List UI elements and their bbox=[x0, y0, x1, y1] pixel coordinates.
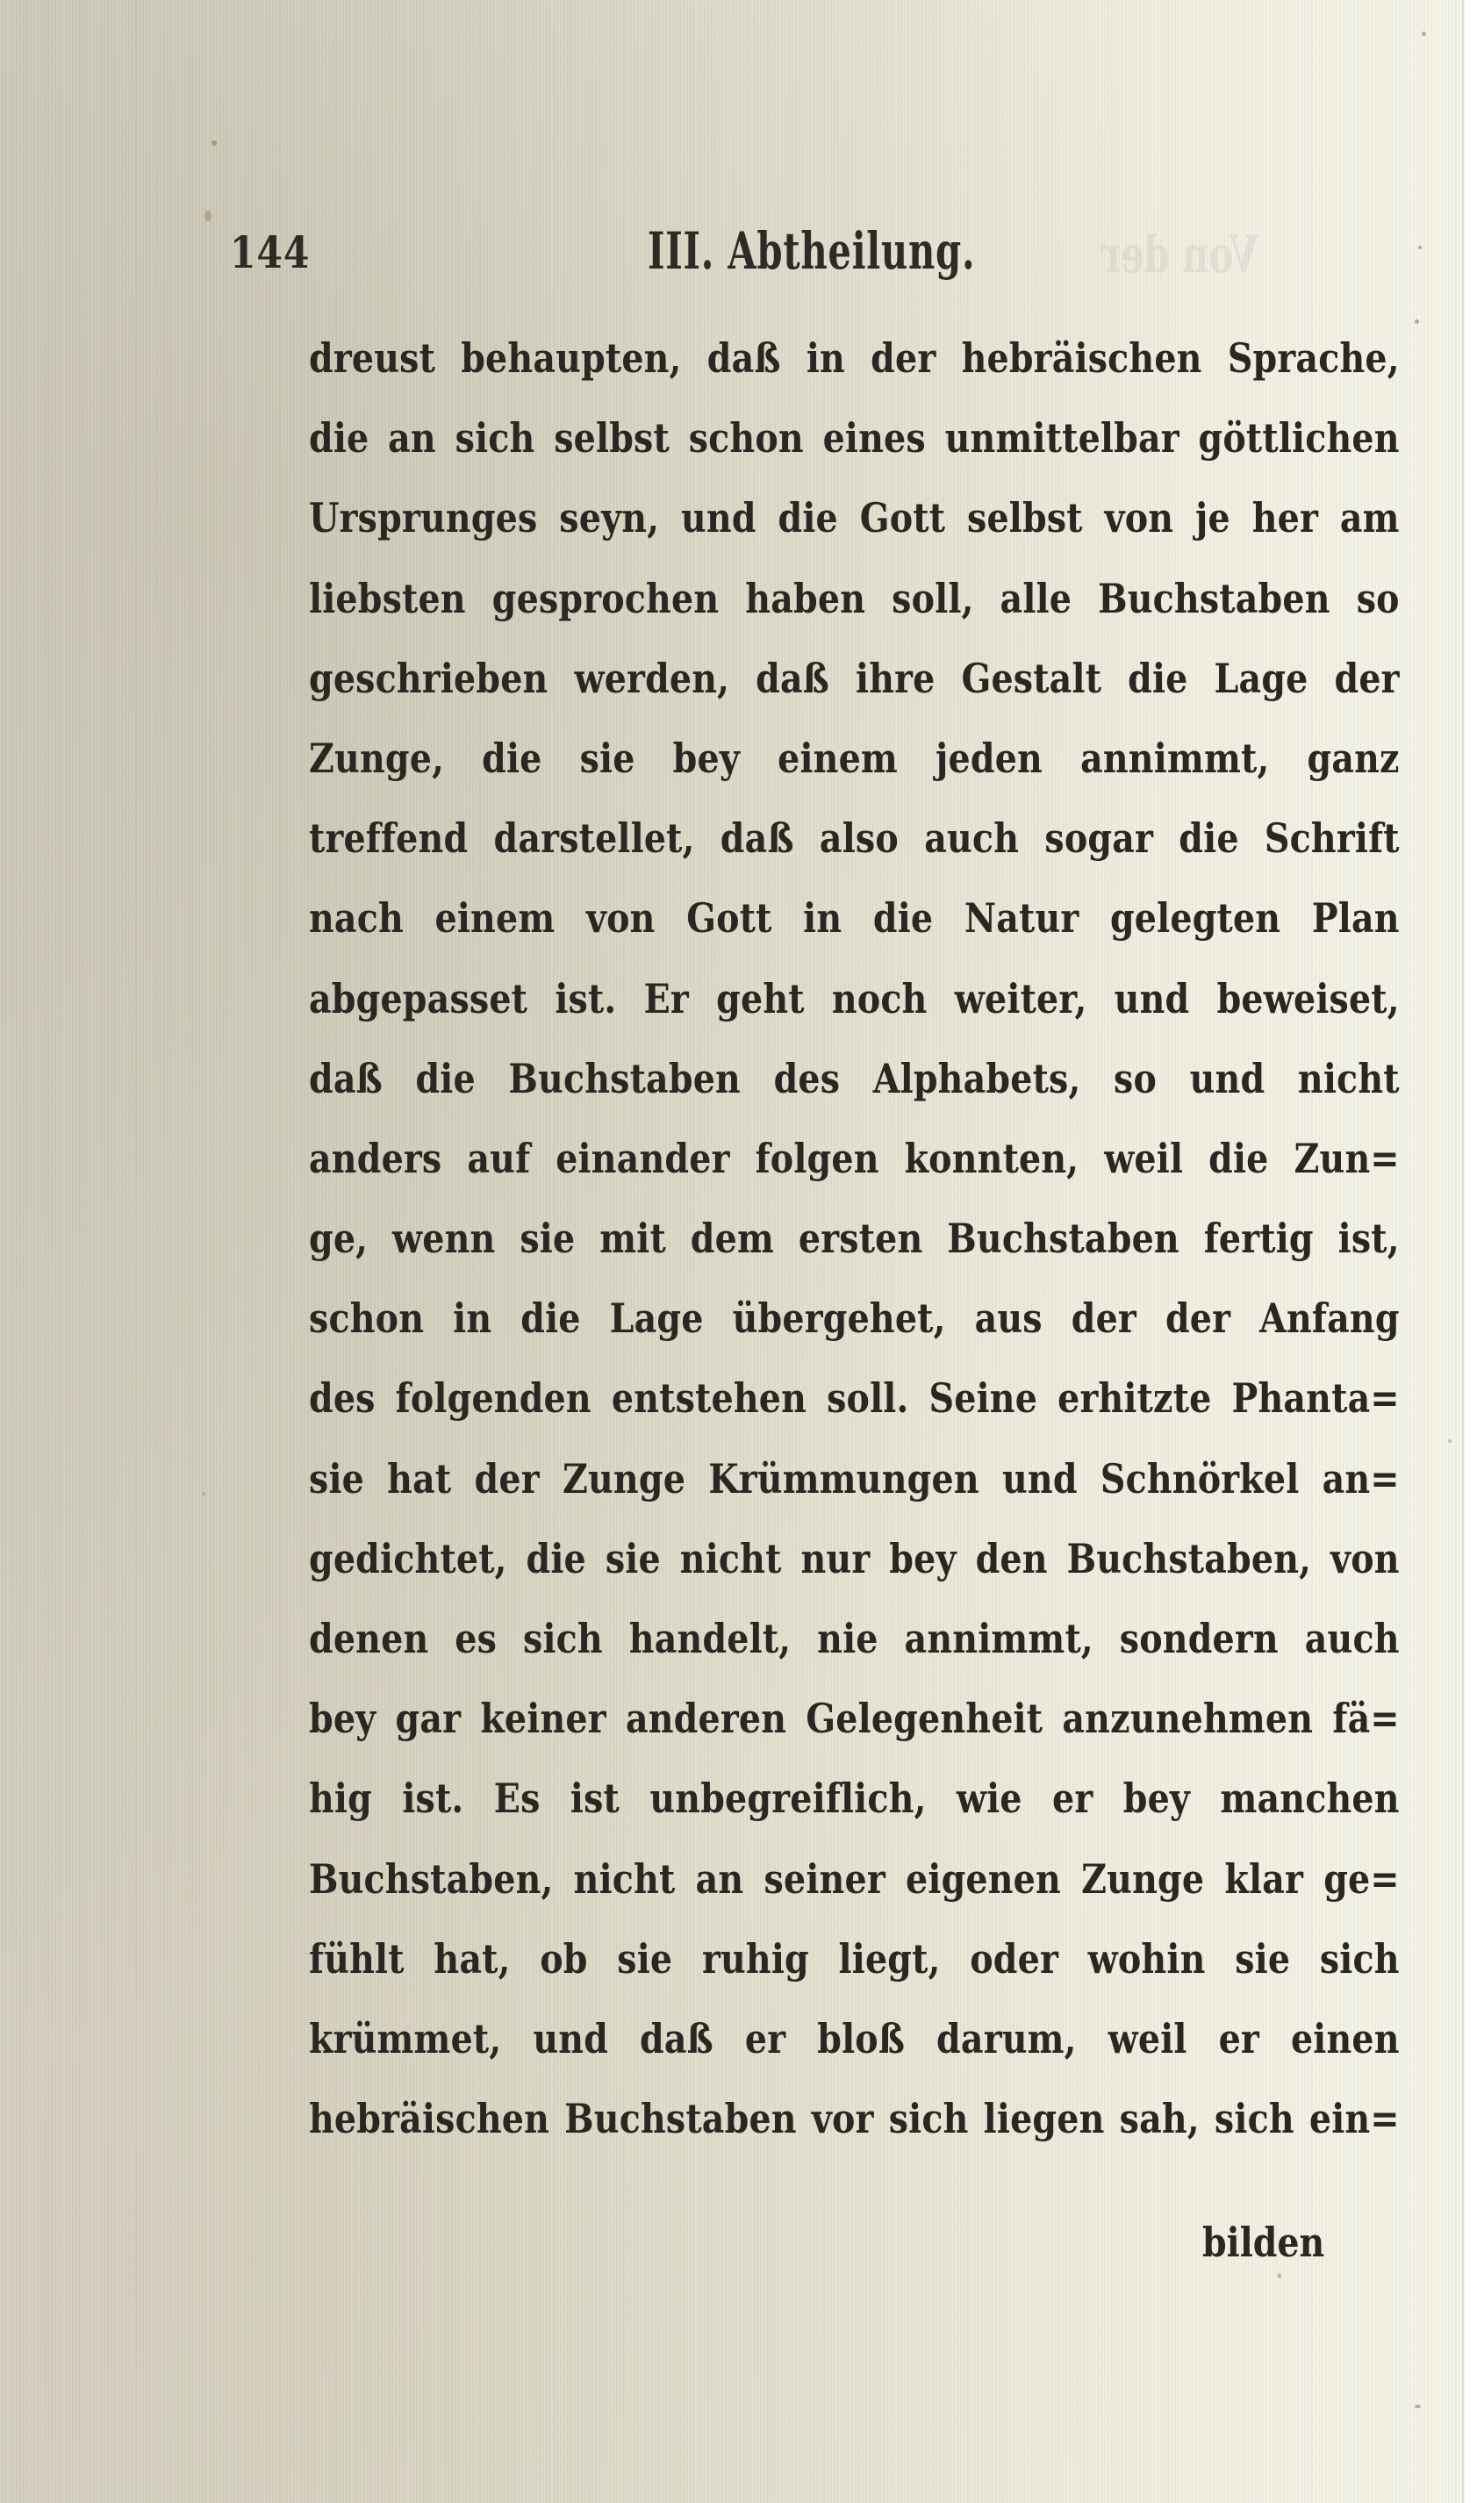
text-line: gedichtet, die sie nicht nur bey den Buc… bbox=[309, 1532, 1400, 1612]
text-line: Zunge, die sie bey einem jeden annimmt, … bbox=[309, 732, 1400, 812]
paper-speck bbox=[1418, 246, 1422, 249]
paper-speck bbox=[1415, 2405, 1421, 2408]
text-line: bey gar keiner anderen Gelegenheit anzun… bbox=[309, 1692, 1400, 1772]
page-edge bbox=[1462, 0, 1466, 2503]
paper-speck bbox=[1422, 32, 1426, 36]
text-line: geschrieben werden, daß ihre Gestalt die… bbox=[309, 652, 1400, 732]
body-text: dreust behaupten, daß in der hebräischen… bbox=[309, 332, 1397, 2172]
page-number: 144 bbox=[230, 226, 310, 278]
text-line: schon in die Lage übergehet, aus der der… bbox=[309, 1292, 1400, 1372]
book-page: Von der 144 III. Abtheilung. dreust beha… bbox=[0, 0, 1464, 2503]
text-line: abgepasset ist. Er geht noch weiter, und… bbox=[309, 972, 1400, 1052]
text-line: anders auf einander folgen konnten, weil… bbox=[309, 1132, 1400, 1212]
paper-speck bbox=[1278, 2273, 1281, 2278]
text-line: die an sich selbst schon eines unmittelb… bbox=[309, 412, 1400, 491]
text-line: des folgenden entstehen soll. Seine erhi… bbox=[309, 1372, 1400, 1452]
text-line: daß die Buchstaben des Alphabets, so und… bbox=[309, 1052, 1400, 1132]
text-line: sie hat der Zunge Krümmungen und Schnörk… bbox=[309, 1452, 1400, 1532]
text-line: hebräischen Buchstaben vor sich liegen s… bbox=[309, 2092, 1400, 2172]
paper-speck bbox=[1415, 319, 1419, 324]
text-line: ge, wenn sie mit dem ersten Buchstaben f… bbox=[309, 1212, 1400, 1292]
text-line: nach einem von Gott in die Natur gelegte… bbox=[309, 892, 1400, 972]
text-line: dreust behaupten, daß in der hebräischen… bbox=[309, 332, 1400, 412]
text-line: fühlt hat, ob sie ruhig liegt, oder wohi… bbox=[309, 1933, 1400, 2012]
paper-speck bbox=[1448, 1439, 1452, 1443]
text-line: denen es sich handelt, nie annimmt, sond… bbox=[309, 1612, 1400, 1692]
running-head: III. Abtheilung. bbox=[648, 221, 975, 281]
paper-speck bbox=[211, 140, 217, 146]
catchword: bilden bbox=[1202, 2219, 1324, 2266]
paper-speck bbox=[202, 1492, 205, 1495]
text-line: Ursprunges seyn, und die Gott selbst von… bbox=[309, 491, 1400, 571]
paper-speck bbox=[204, 211, 211, 221]
text-line: hig ist. Es ist unbegreiflich, wie er be… bbox=[309, 1772, 1400, 1852]
text-line: Buchstaben, nicht an seiner eigenen Zung… bbox=[309, 1853, 1400, 1933]
text-line: treffend darstellet, daß also auch sogar… bbox=[309, 812, 1400, 892]
text-line: krümmet, und daß er bloß darum, weil er … bbox=[309, 2012, 1400, 2092]
page-header: 144 III. Abtheilung. bbox=[230, 226, 1371, 288]
text-line: liebsten gesprochen haben soll, alle Buc… bbox=[309, 572, 1400, 652]
